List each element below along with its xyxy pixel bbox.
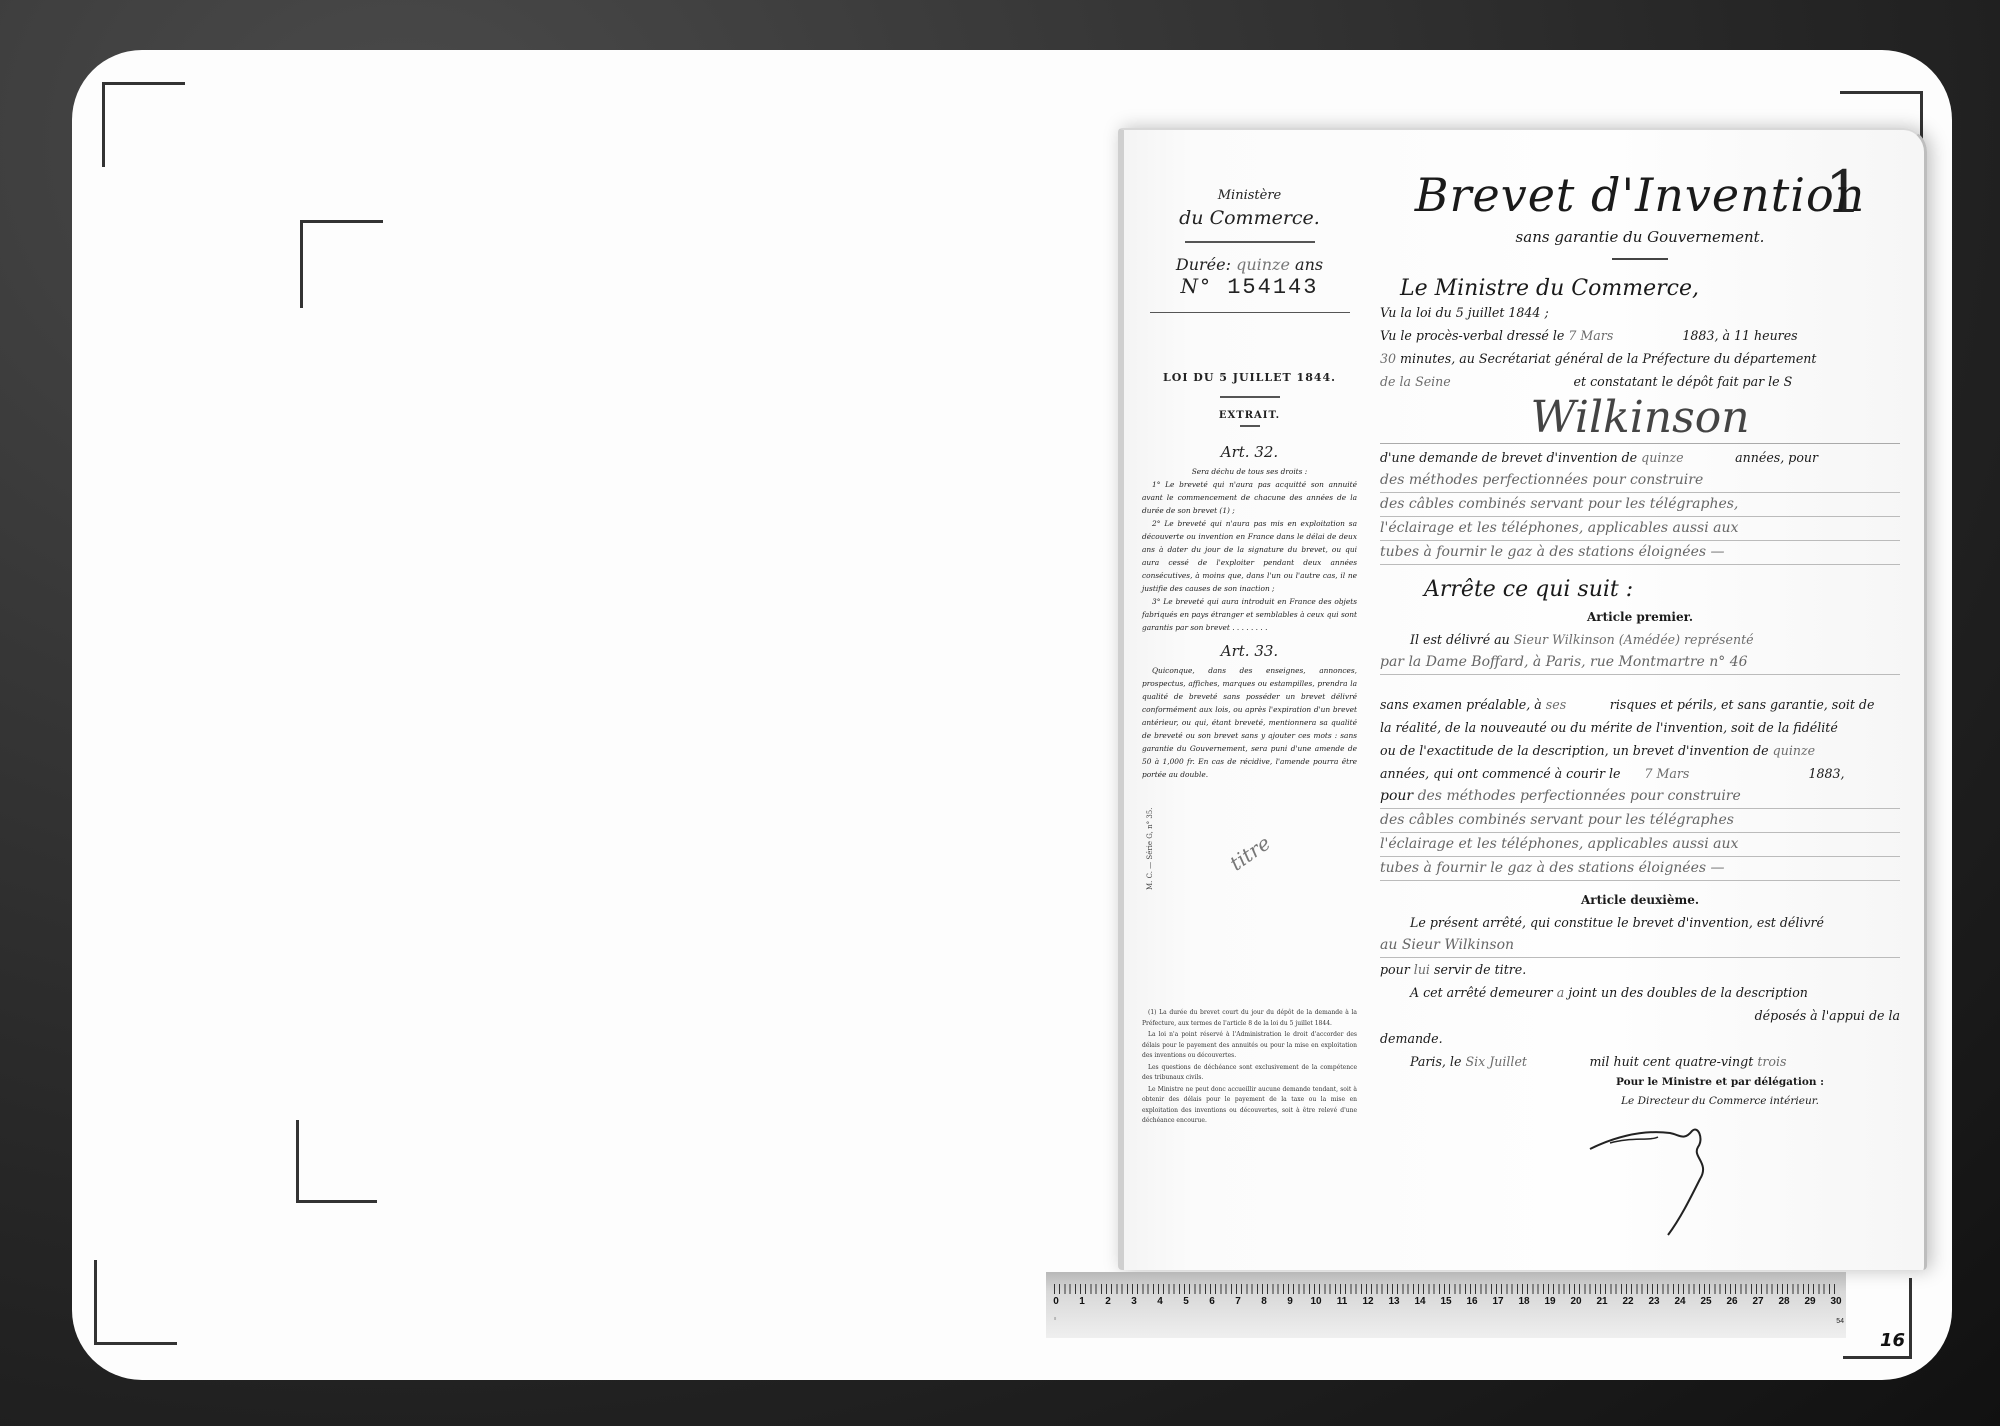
ruler-label: 30 bbox=[1830, 1296, 1841, 1307]
divider bbox=[1612, 258, 1668, 260]
article-1-description-line: des câbles combinés servant pour les tél… bbox=[1380, 809, 1900, 833]
ruler-label: 12 bbox=[1362, 1296, 1373, 1307]
article-32-paragraph: 2° Le breveté qui n'aura pas mis en expl… bbox=[1142, 517, 1357, 595]
divider bbox=[1240, 425, 1260, 427]
ruler-label: 27 bbox=[1752, 1296, 1763, 1307]
article-2-line: A cet arrêté demeurer a joint un des dou… bbox=[1380, 981, 1900, 1004]
ruler-label: 8 bbox=[1261, 1296, 1267, 1307]
article-33-paragraph: Quiconque, dans des enseignes, annonces,… bbox=[1142, 664, 1357, 781]
footnote: La loi n'a point réservé à l'Administrat… bbox=[1142, 1030, 1357, 1062]
ruler-label: 21 bbox=[1596, 1296, 1607, 1307]
article-32-heading: Art. 32. bbox=[1142, 443, 1357, 461]
ruler-label: 13 bbox=[1388, 1296, 1399, 1307]
closing-date-line: Paris, le Six Juillet mil huit cent quat… bbox=[1380, 1050, 1900, 1073]
ruler-label: 14 bbox=[1414, 1296, 1425, 1307]
ruler-label: 26 bbox=[1726, 1296, 1737, 1307]
law-reference: Vu la loi du 5 juillet 1844 ; bbox=[1380, 301, 1900, 324]
closing-place: Paris, le bbox=[1410, 1054, 1461, 1069]
delegation-line: Pour le Ministre et par délégation : bbox=[1540, 1073, 1900, 1092]
ruler-label: 17 bbox=[1492, 1296, 1503, 1307]
law-title: LOI DU 5 JUILLET 1844. bbox=[1142, 371, 1357, 384]
divider bbox=[1150, 312, 1350, 313]
signatory-title: Le Directeur du Commerce intérieur. bbox=[1540, 1092, 1900, 1111]
document-subtitle: sans garantie du Gouvernement. bbox=[1380, 228, 1900, 246]
minister-line: Le Ministre du Commerce, bbox=[1400, 276, 1900, 301]
ruler-label: 0 bbox=[1053, 1296, 1059, 1307]
closing-year-text: mil huit cent quatre-vingt bbox=[1589, 1054, 1753, 1069]
body-text: années, qui ont commencé à courir le bbox=[1380, 766, 1620, 781]
duration-label: Durée: bbox=[1176, 255, 1231, 274]
department-prefix: de bbox=[1380, 374, 1396, 389]
request-line: d'une demande de brevet d'invention de q… bbox=[1380, 446, 1900, 469]
pv-prefix: Vu le procès-verbal dressé le bbox=[1380, 328, 1564, 343]
patent-number-prefix: N° bbox=[1181, 274, 1213, 298]
closing-date: Six Juillet bbox=[1465, 1050, 1585, 1073]
duration-value: quinze bbox=[1236, 255, 1290, 274]
ruler-label: 7 bbox=[1235, 1296, 1241, 1307]
article-2-line: Le présent arrêté, qui constitue le brev… bbox=[1380, 911, 1900, 934]
divider bbox=[1220, 396, 1280, 398]
grantee-name: Sieur Wilkinson (Amédée) représenté bbox=[1514, 632, 1754, 647]
ruler-label: 1 bbox=[1079, 1296, 1085, 1307]
department-name: la Seine bbox=[1400, 370, 1570, 393]
crop-mark-top-left-outer bbox=[102, 82, 185, 167]
article-1-description-line: l'éclairage et les téléphones, applicabl… bbox=[1380, 833, 1900, 857]
article-32-text: Sera déchu de tous ses droits : 1° Le br… bbox=[1142, 465, 1357, 634]
closing-year-hand: trois bbox=[1757, 1054, 1786, 1069]
article-33-text: Quiconque, dans des enseignes, annonces,… bbox=[1142, 664, 1357, 781]
patent-document: 1 Ministère du Commerce. Durée: quinze a… bbox=[1118, 128, 1927, 1270]
grantee-prefix: Il est délivré au bbox=[1410, 632, 1510, 647]
series-label: M. C. — Série G, n° 35. bbox=[1146, 808, 1154, 890]
article-1-body-line: sans examen préalable, à ses risques et … bbox=[1380, 693, 1900, 716]
invention-description-line: l'éclairage et les téléphones, applicabl… bbox=[1380, 517, 1900, 541]
body-hand: lui bbox=[1414, 962, 1430, 977]
article-1-grantee-line: Il est délivré au Sieur Wilkinson (Amédé… bbox=[1380, 628, 1900, 651]
patent-number-value: 154143 bbox=[1227, 275, 1318, 300]
article-1-body-line: ou de l'exactitude de la description, un… bbox=[1380, 739, 1900, 762]
divider bbox=[1185, 241, 1315, 243]
article-2-line: pour lui servir de titre. bbox=[1380, 958, 1900, 981]
article-2-grantee: au Sieur Wilkinson bbox=[1380, 934, 1900, 958]
article-33-heading: Art. 33. bbox=[1142, 642, 1357, 660]
article-2-line: déposés à l'appui de la bbox=[1380, 1004, 1900, 1027]
article-32-intro: Sera déchu de tous ses droits : bbox=[1142, 465, 1357, 478]
right-column: Brevet d'Invention sans garantie du Gouv… bbox=[1380, 160, 1900, 1243]
article-32-paragraph: 1° Le breveté qui n'aura pas acquitté so… bbox=[1142, 478, 1357, 517]
article-1-body-line: la réalité, de la nouveauté ou du mérite… bbox=[1380, 716, 1900, 739]
ruler-side-mark: 54 bbox=[1836, 1318, 1844, 1325]
crop-mark-top-left-inner bbox=[300, 220, 383, 308]
left-column: Ministère du Commerce. Durée: quinze ans… bbox=[1142, 170, 1357, 865]
ruler-label: 4 bbox=[1157, 1296, 1163, 1307]
ruler-label: 5 bbox=[1183, 1296, 1189, 1307]
margin-annotation: titre bbox=[1225, 831, 1275, 876]
ruler-label: 10 bbox=[1310, 1296, 1321, 1307]
crop-mark-bottom-left-outer bbox=[94, 1260, 177, 1345]
ruler-label: 11 bbox=[1337, 1296, 1348, 1307]
ruler-maker-mark: ≡ bbox=[1054, 1316, 1056, 1321]
frame-number: 16 bbox=[1880, 1330, 1905, 1351]
body-hand: des méthodes perfectionnées pour constru… bbox=[1418, 788, 1741, 804]
body-text: A cet arrêté demeurer bbox=[1410, 985, 1553, 1000]
ruler-label: 6 bbox=[1209, 1296, 1215, 1307]
body-text: sans examen préalable, à bbox=[1380, 697, 1542, 712]
body-hand: a bbox=[1557, 985, 1565, 1000]
ruler-label: 23 bbox=[1648, 1296, 1659, 1307]
body-hand: quinze bbox=[1773, 743, 1815, 758]
footnote: (1) La durée du brevet court du jour du … bbox=[1142, 1008, 1357, 1029]
ruler-labels: 0123456789101112131415161718192021222324… bbox=[1046, 1296, 1846, 1312]
decree-heading: Arrête ce qui suit : bbox=[1424, 577, 1900, 602]
request-suffix: années, pour bbox=[1735, 450, 1818, 465]
body-text: ou de l'exactitude de la description, un… bbox=[1380, 743, 1769, 758]
signature bbox=[1580, 1119, 1900, 1243]
article-1-title: Article premier. bbox=[1380, 610, 1900, 624]
body-text: pour bbox=[1380, 962, 1410, 977]
article-1-body-line: années, qui ont commencé à courir le 7 M… bbox=[1380, 762, 1900, 785]
deposit-text: et constatant le dépôt fait par le S bbox=[1574, 374, 1793, 389]
pv-date: 7 Mars bbox=[1568, 324, 1678, 347]
footnote: Le Ministre ne peut donc accueillir aucu… bbox=[1142, 1085, 1357, 1127]
body-hand: ses bbox=[1546, 693, 1606, 716]
grantee-representative: par la Dame Boffard, à Paris, rue Montma… bbox=[1380, 651, 1900, 675]
body-text: un des doubles de la description bbox=[1601, 985, 1808, 1000]
body-text: risques et périls, et sans garantie, soi… bbox=[1610, 697, 1875, 712]
signature-icon bbox=[1580, 1119, 1740, 1239]
ministry-name: du Commerce. bbox=[1142, 207, 1357, 229]
article-2-title: Article deuxième. bbox=[1380, 893, 1900, 907]
spacer bbox=[1380, 675, 1900, 693]
ruler-ticks bbox=[1054, 1284, 1836, 1294]
pv-line2-text: minutes, au Secrétariat général de la Pr… bbox=[1400, 351, 1816, 366]
pv-line-2: 30 minutes, au Secrétariat général de la… bbox=[1380, 347, 1900, 370]
document-title: Brevet d'Invention bbox=[1380, 168, 1900, 222]
pv-year: 1883, à 11 heures bbox=[1682, 328, 1797, 343]
request-duration: quinze bbox=[1641, 446, 1731, 469]
ruler-label: 28 bbox=[1778, 1296, 1789, 1307]
ruler-label: 19 bbox=[1544, 1296, 1555, 1307]
ruler-label: 22 bbox=[1622, 1296, 1633, 1307]
ruler-label: 25 bbox=[1700, 1296, 1711, 1307]
ruler-label: 29 bbox=[1804, 1296, 1815, 1307]
ruler-label: 24 bbox=[1674, 1296, 1685, 1307]
crop-mark-bottom-left-inner bbox=[296, 1120, 377, 1203]
duration-line: Durée: quinze ans bbox=[1142, 255, 1357, 274]
footnotes: (1) La durée du brevet court du jour du … bbox=[1142, 1008, 1357, 1128]
body-text: servir de titre. bbox=[1434, 962, 1526, 977]
body-text: joint bbox=[1568, 985, 1597, 1000]
invention-description-line: des méthodes perfectionnées pour constru… bbox=[1380, 469, 1900, 493]
article-1-description-line: pour des méthodes perfectionnées pour co… bbox=[1380, 785, 1900, 809]
ministry-label: Ministère bbox=[1142, 188, 1357, 203]
ruler-label: 3 bbox=[1131, 1296, 1137, 1307]
body-text: 1883, bbox=[1809, 766, 1845, 781]
ruler-label: 16 bbox=[1466, 1296, 1477, 1307]
proces-verbal-line: Vu le procès-verbal dressé le 7 Mars 188… bbox=[1380, 324, 1900, 347]
ruler-label: 9 bbox=[1287, 1296, 1293, 1307]
ruler-label: 2 bbox=[1105, 1296, 1111, 1307]
invention-description-line: des câbles combinés servant pour les tél… bbox=[1380, 493, 1900, 517]
body-hand: 7 Mars bbox=[1624, 762, 1804, 785]
duration-unit: ans bbox=[1295, 255, 1323, 274]
article-2-line: demande. bbox=[1380, 1027, 1900, 1050]
article-1-description-line: tubes à fournir le gaz à des stations él… bbox=[1380, 857, 1900, 881]
applicant-name: Wilkinson bbox=[1380, 393, 1900, 444]
ruler-label: 18 bbox=[1518, 1296, 1529, 1307]
body-text: pour bbox=[1380, 788, 1413, 804]
measurement-ruler: 0123456789101112131415161718192021222324… bbox=[1046, 1272, 1846, 1338]
footnote: Les questions de déchéance sont exclusiv… bbox=[1142, 1063, 1357, 1084]
extract-label: EXTRAIT. bbox=[1142, 410, 1357, 421]
patent-number: N° 154143 bbox=[1142, 274, 1357, 300]
request-prefix: d'une demande de brevet d'invention de bbox=[1380, 450, 1637, 465]
ruler-label: 20 bbox=[1570, 1296, 1581, 1307]
invention-description-line: tubes à fournir le gaz à des stations él… bbox=[1380, 541, 1900, 565]
pv-minutes: 30 bbox=[1380, 351, 1396, 366]
department-line: de la Seine et constatant le dépôt fait … bbox=[1380, 370, 1900, 393]
ruler-label: 15 bbox=[1440, 1296, 1451, 1307]
article-32-paragraph: 3° Le breveté qui aura introduit en Fran… bbox=[1142, 595, 1357, 634]
